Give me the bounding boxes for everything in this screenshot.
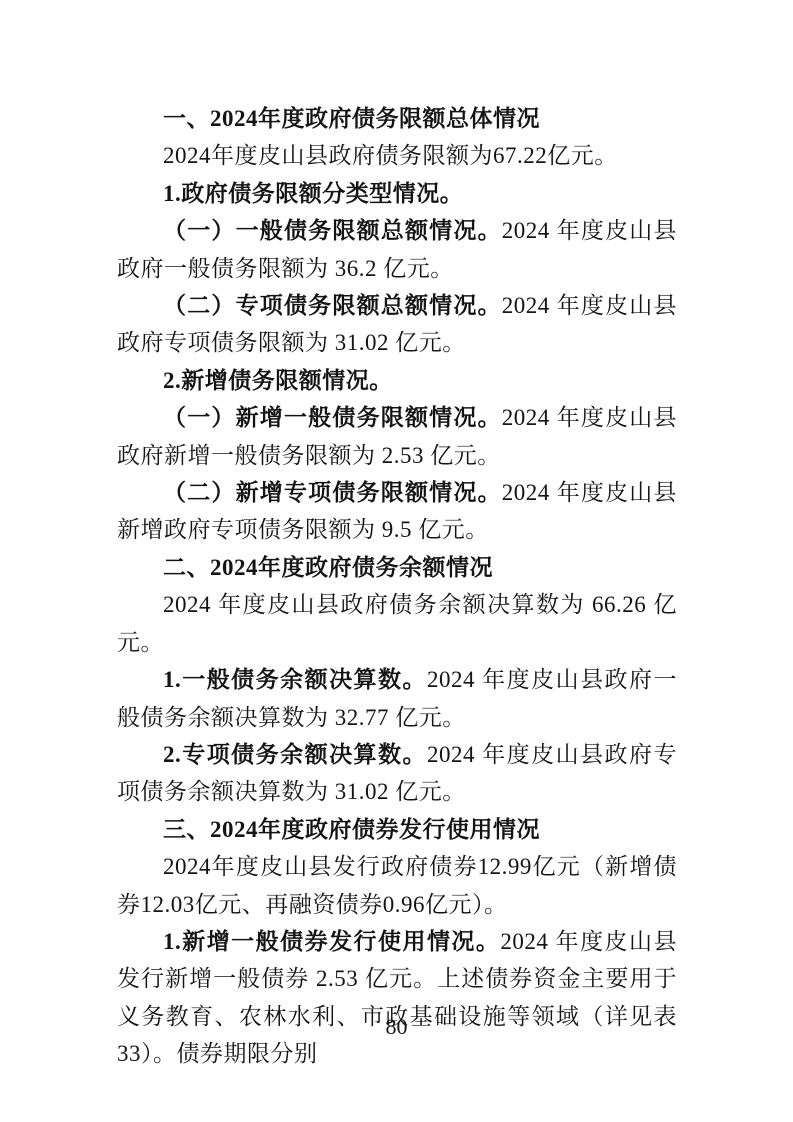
heading-section-1: 一、2024年度政府债务限额总体情况 bbox=[117, 100, 677, 137]
body-text: 2024年度皮山县发行政府债券12.99亿元（新增债券12.03亿元、再融资债券… bbox=[117, 854, 677, 916]
document-body: 一、2024年度政府债务限额总体情况 2024年度皮山县政府债务限额为67.22… bbox=[117, 100, 677, 1073]
bold-text: （一）一般债务限额总额情况。 bbox=[163, 218, 502, 243]
heading-text: 一、2024年度政府债务限额总体情况 bbox=[163, 106, 540, 131]
bold-text: 2.专项债务余额决算数。 bbox=[163, 742, 427, 767]
para-special-debt-limit: （二）专项债务限额总额情况。2024 年度皮山县政府专项债务限额为 31.02 … bbox=[117, 287, 677, 362]
para-general-debt-balance: 1.一般债务余额决算数。2024 年度皮山县政府一般债务余额决算数为 32.77… bbox=[117, 661, 677, 736]
para-new-special-debt-limit: （二）新增专项债务限额情况。2024 年度皮山县新增政府专项债务限额为 9.5 … bbox=[117, 474, 677, 549]
bold-text: （二）专项债务限额总额情况。 bbox=[163, 293, 502, 318]
heading-text: 三、2024年度政府债券发行使用情况 bbox=[163, 817, 540, 842]
para-debt-balance-total: 2024 年度皮山县政府债务余额决算数为 66.26 亿元。 bbox=[117, 586, 677, 661]
body-text: 2024年度皮山县政府债务限额为67.22亿元。 bbox=[163, 143, 618, 168]
bold-text: 1.政府债务限额分类型情况。 bbox=[163, 181, 463, 206]
heading-section-2: 二、2024年度政府债务余额情况 bbox=[117, 549, 677, 586]
para-special-debt-balance: 2.专项债务余额决算数。2024 年度皮山县政府专项债务余额决算数为 31.02… bbox=[117, 736, 677, 811]
body-text: 2024 年度皮山县政府债务余额决算数为 66.26 亿元。 bbox=[117, 592, 677, 654]
para-total-debt-limit: 2024年度皮山县政府债务限额为67.22亿元。 bbox=[117, 137, 677, 174]
para-bond-issuance-total: 2024年度皮山县发行政府债券12.99亿元（新增债券12.03亿元、再融资债券… bbox=[117, 848, 677, 923]
para-limit-by-type-title: 1.政府债务限额分类型情况。 bbox=[117, 175, 677, 212]
para-new-general-debt-limit: （一）新增一般债务限额情况。2024 年度皮山县政府新增一般债务限额为 2.53… bbox=[117, 399, 677, 474]
para-general-debt-limit: （一）一般债务限额总额情况。2024 年度皮山县政府一般债务限额为 36.2 亿… bbox=[117, 212, 677, 287]
document-page: 一、2024年度政府债务限额总体情况 2024年度皮山县政府债务限额为67.22… bbox=[0, 0, 793, 1122]
heading-text: 二、2024年度政府债务余额情况 bbox=[163, 555, 493, 580]
bold-text: （一）新增一般债务限额情况。 bbox=[163, 405, 502, 430]
para-new-debt-limit-title: 2.新增债务限额情况。 bbox=[117, 362, 677, 399]
bold-text: （二）新增专项债务限额情况。 bbox=[163, 480, 502, 505]
page-number: 80 bbox=[0, 1012, 793, 1042]
heading-section-3: 三、2024年度政府债券发行使用情况 bbox=[117, 811, 677, 848]
bold-text: 1.一般债务余额决算数。 bbox=[163, 667, 427, 692]
bold-text: 2.新增债务限额情况。 bbox=[163, 368, 393, 393]
bold-text: 1.新增一般债券发行使用情况。 bbox=[163, 929, 500, 954]
para-new-general-bond-usage: 1.新增一般债券发行使用情况。2024 年度皮山县发行新增一般债券 2.53 亿… bbox=[117, 923, 677, 1073]
